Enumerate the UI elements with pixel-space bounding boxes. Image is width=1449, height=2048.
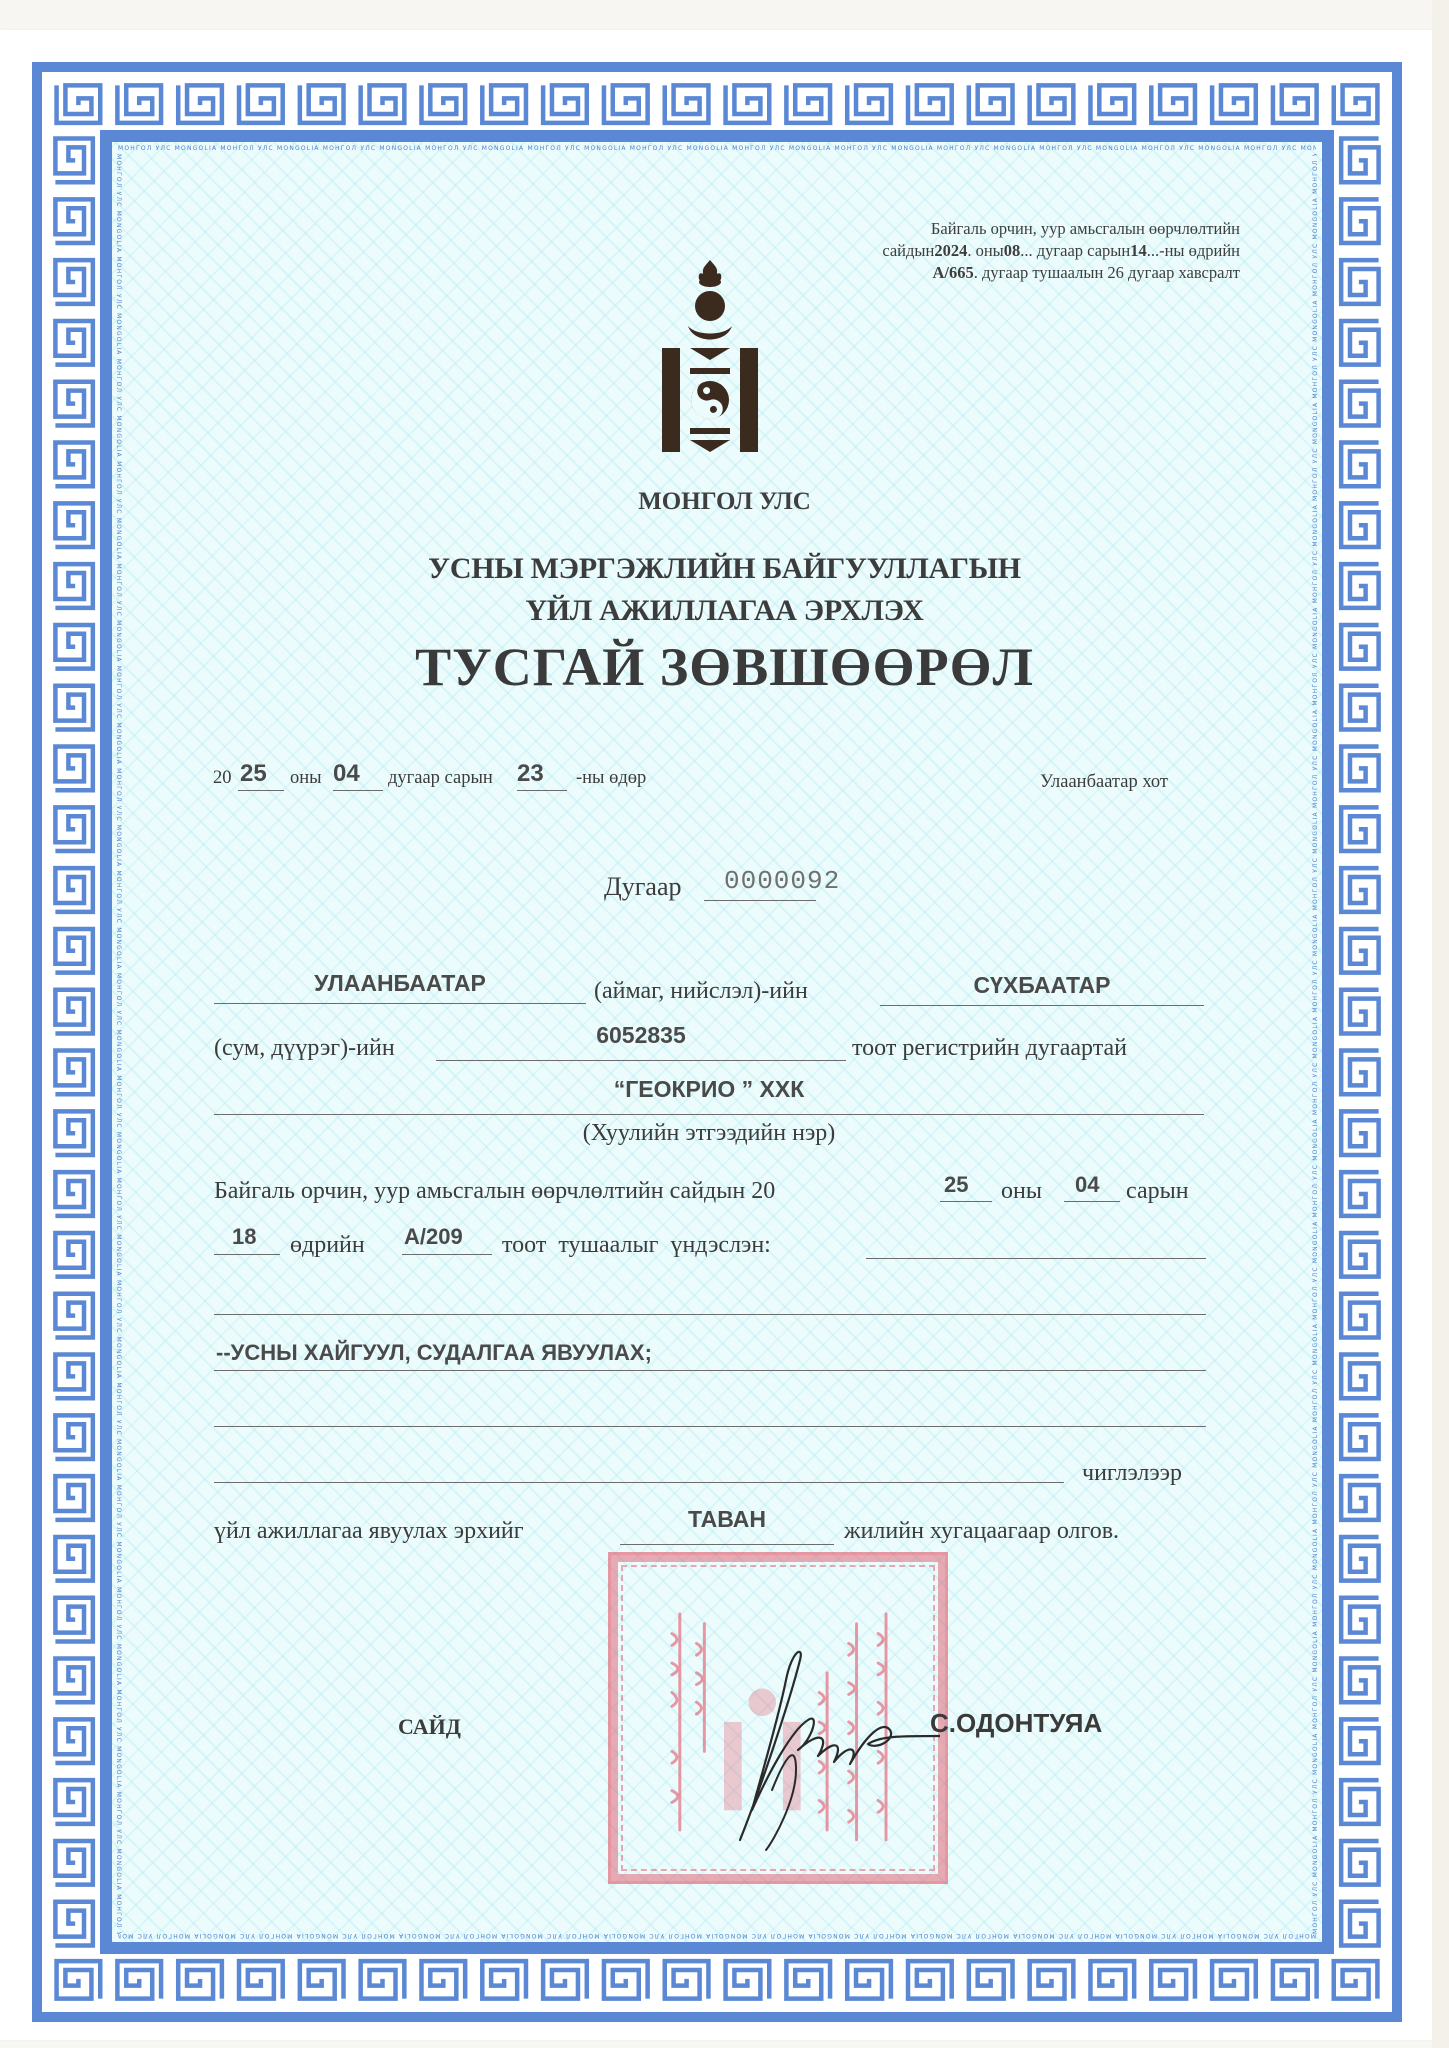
annex-line-3: А/665. дугаар тушаалын 26 дугаар хавсрал… [780,262,1240,284]
issue-place: Улаанбаатар хот [1040,772,1168,793]
signatory-title: САЙД [398,1714,461,1740]
microtext-top: МОНГОЛ УЛС MONGOLIA МОНГОЛ УЛС MONGOLIA … [118,145,1316,152]
basis-day: 18 [232,1224,256,1250]
number-label: Дугаар [604,872,681,902]
issue-day: 23 [517,760,544,788]
microtext-left: МОНГОЛ УЛС MONGOLIA МОНГОЛ УЛС MONGOLIA … [115,154,122,1934]
signatory-name: С.ОДОНТУЯА [930,1708,1102,1739]
title-line-1: УСНЫ МЭРГЭЖЛИЙН БАЙГУУЛЛАГЫН [0,552,1449,586]
issue-month: 04 [333,760,360,788]
annex-day: 14 [1130,241,1147,260]
aimag-value: УЛААНБААТАР [214,970,586,997]
signature-icon [700,1640,940,1860]
annex-line-2: сайдын2024. оны08... дугаар сарын14...-н… [780,240,1240,262]
basis-order: А/209 [404,1224,463,1250]
annex-month: 08 [1004,241,1021,260]
term-value: ТАВАН [620,1506,834,1533]
paper-edge [1432,0,1449,2048]
annex-reference: Байгаль орчин, уур амьсгалын өөрчлөлтийн… [780,218,1240,284]
annex-order-no: А/665 [932,263,973,282]
certificate-number: 0000092 [724,866,840,896]
entity-name: “ГЕОКРИО ” ХХК [214,1076,1204,1103]
annex-line-1: Байгаль орчин, уур амьсгалын өөрчлөлтийн [780,218,1240,240]
district-value: СҮХБААТАР [880,972,1204,999]
microtext-bottom: МОНГОЛ УЛС MONGOLIA МОНГОЛ УЛС MONGOLIA … [118,1932,1316,1939]
country-name: МОНГОЛ УЛС [0,488,1449,516]
entity-caption: (Хуулийн этгээдийн нэр) [214,1120,1204,1147]
annex-year: 2024 [934,241,967,260]
basis-month: 04 [1075,1172,1099,1198]
direction-suffix: чиглэлээр [1082,1460,1182,1487]
register-number: 6052835 [436,1022,846,1049]
basis-year: 25 [944,1172,968,1198]
soyombo-emblem-icon [650,252,770,462]
microtext-right: МОНГОЛ УЛС MONGOLIA МОНГОЛ УЛС MONGOLIA … [1312,154,1319,1934]
activity-item: --УСНЫ ХАЙГУУЛ, СУДАЛГАА ЯВУУЛАХ; [216,1340,652,1366]
document-title: ТУСГАЙ ЗӨВШӨӨРӨЛ [0,636,1449,698]
issue-year: 25 [240,760,267,788]
issue-date: 20 [213,768,232,789]
title-line-2: ҮЙЛ АЖИЛЛАГАА ЭРХЛЭХ [0,594,1449,628]
